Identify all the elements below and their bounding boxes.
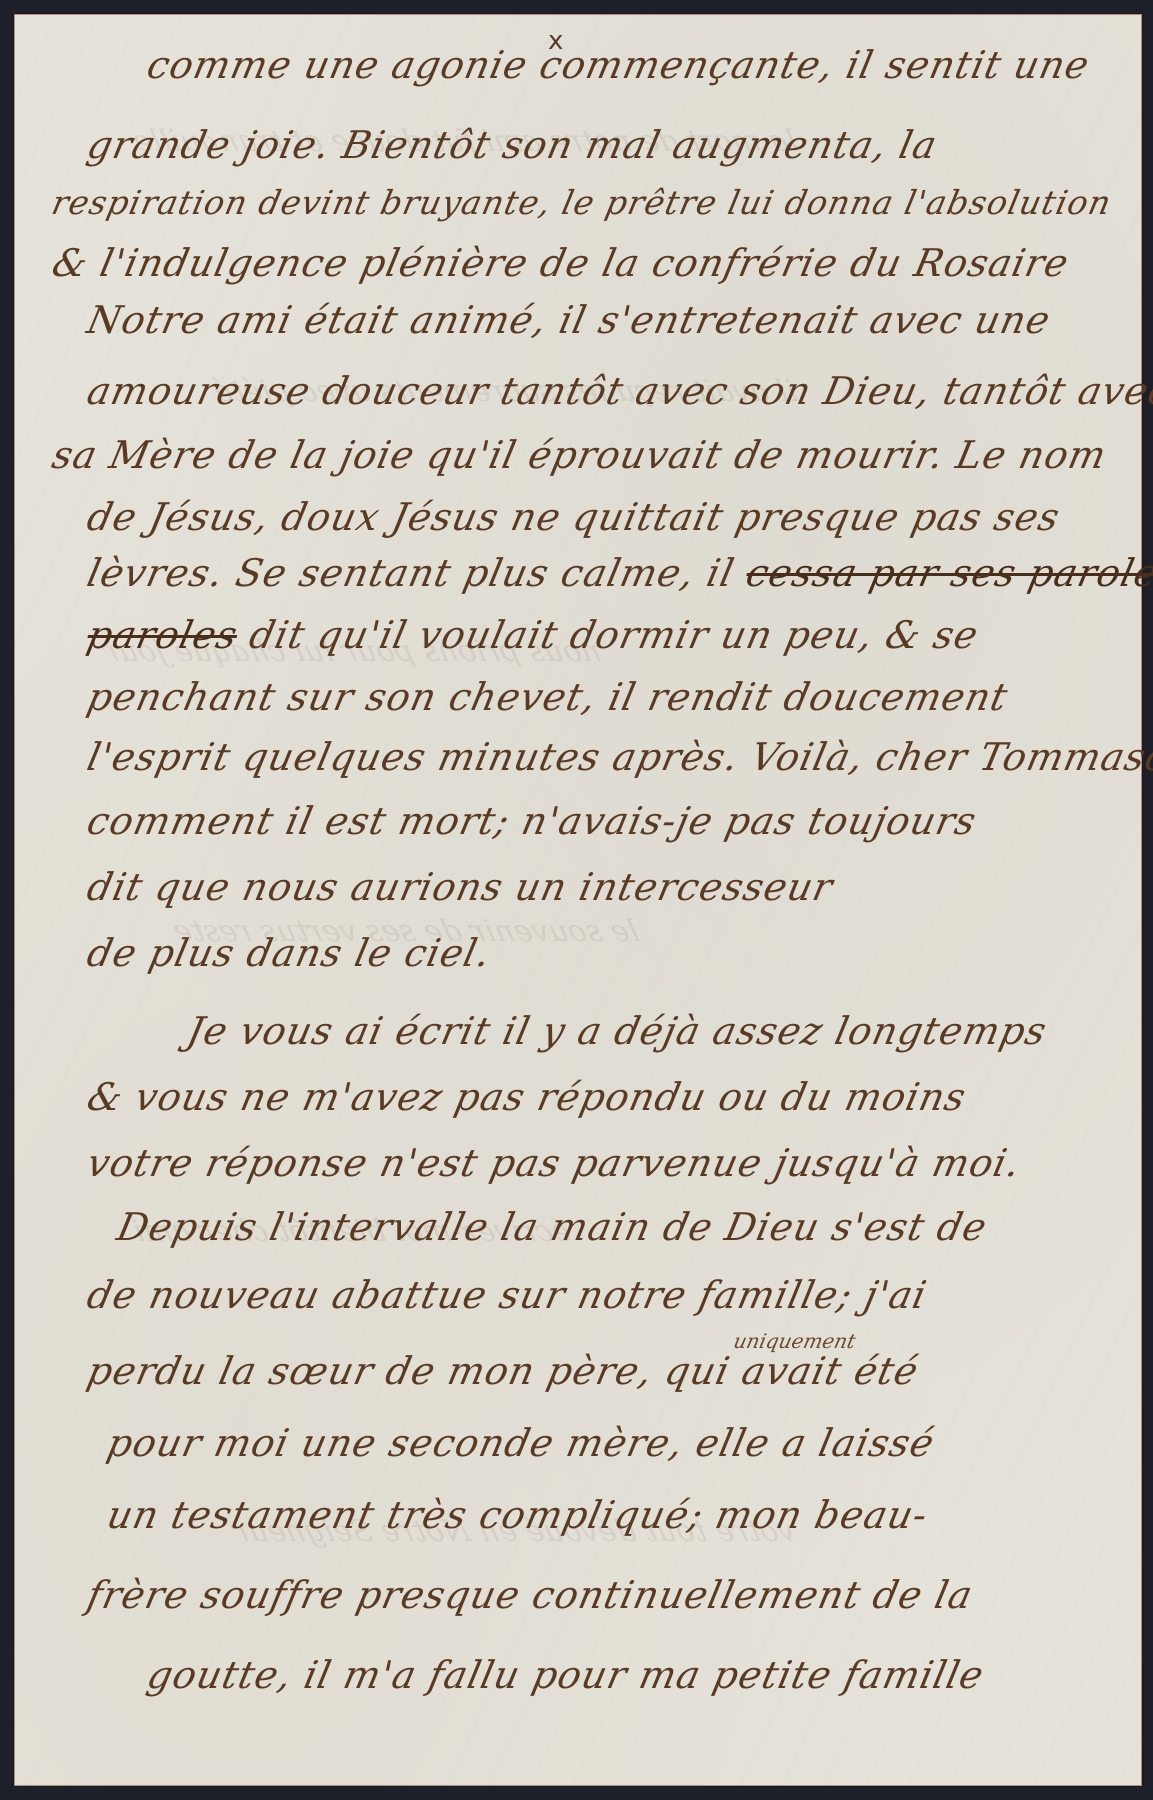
text-line: dit que nous aurions un intercesseur (84, 868, 837, 906)
struck-text: paroles (83, 613, 242, 657)
text-line: Notre ami était animé, il s'entretenait … (84, 301, 1054, 339)
text-line: lèvres. Se sentant plus calme, il cessa … (84, 554, 1153, 592)
text-line: Je vous ai écrit il y a déjà assez longt… (184, 1012, 1050, 1050)
text-line: penchant sur son chevet, il rendit douce… (84, 678, 1011, 716)
line-text: grande joie. Bientôt son mal augmenta, l… (83, 123, 941, 167)
line-text: votre réponse n'est pas parvenue jusqu'à… (83, 1141, 1024, 1185)
line-text: pour moi une seconde mère, elle a laissé (103, 1421, 938, 1465)
line-text: l'esprit quelques minutes après. Voilà, … (83, 735, 1153, 779)
text-line: de plus dans le ciel. (84, 934, 494, 972)
text-line: & l'indulgence plénière de la confrérie … (49, 244, 1072, 282)
line-text: goutte, il m'a fallu pour ma petite fami… (143, 1653, 988, 1697)
text-line: votre réponse n'est pas parvenue jusqu'à… (84, 1144, 1024, 1182)
line-text: dit que nous aurions un intercesseur (83, 865, 837, 909)
text-line: respiration devint bruyante, le prêtre l… (49, 186, 1115, 219)
line-text: perdu la sœur de mon père, qui avait été (83, 1349, 922, 1393)
text-line: sa Mère de la joie qu'il éprouvait de mo… (49, 436, 1110, 474)
letter-page: la mort de notre ami fut douce et tranqu… (14, 14, 1142, 1786)
text-line: goutte, il m'a fallu pour ma petite fami… (144, 1656, 988, 1694)
line-text: un testament très compliqué; mon beau- (103, 1493, 932, 1537)
line-text: & vous ne m'avez pas répondu ou du moins (83, 1075, 970, 1119)
line-text: lèvres. Se sentant plus calme, il (83, 551, 738, 595)
line-text: Depuis l'intervalle la main de Dieu s'es… (113, 1205, 991, 1249)
line-text: penchant sur son chevet, il rendit douce… (83, 675, 1012, 719)
line-text: respiration devint bruyante, le prêtre l… (48, 183, 1115, 222)
text-line: de Jésus, doux Jésus ne quittait presque… (84, 498, 1063, 536)
text-line: comme une agonie commençante, il sentit … (144, 46, 1093, 84)
text-line: Depuis l'intervalle la main de Dieu s'es… (114, 1208, 991, 1246)
text-line: perdu la sœur de mon père, qui avait été (84, 1352, 922, 1390)
line-text: dit qu'il voulait dormir un peu, & se (246, 613, 983, 657)
line-text: de nouveau abattue sur notre famille; j'… (83, 1273, 931, 1317)
text-line: comment il est mort; n'avais-je pas touj… (84, 802, 980, 840)
line-text: comment il est mort; n'avais-je pas touj… (83, 799, 980, 843)
line-text: comme une agonie commençante, il sentit … (143, 43, 1093, 87)
line-text: Je vous ai écrit il y a déjà assez longt… (183, 1009, 1051, 1053)
line-text: Notre ami était animé, il s'entretenait … (83, 298, 1054, 342)
line-text: sa Mère de la joie qu'il éprouvait de mo… (48, 433, 1110, 477)
text-line: un testament très compliqué; mon beau- (104, 1496, 931, 1534)
line-text: frère souffre presque continuellement de… (83, 1573, 977, 1617)
text-line: frère souffre presque continuellement de… (84, 1576, 976, 1614)
text-line: grande joie. Bientôt son mal augmenta, l… (84, 126, 941, 164)
line-text: de plus dans le ciel. (83, 931, 495, 975)
text-line: & vous ne m'avez pas répondu ou du moins (84, 1078, 970, 1116)
text-line: amoureuse douceur tantôt avec son Dieu, … (84, 372, 1153, 410)
line-text: de Jésus, doux Jésus ne quittait presque… (83, 495, 1064, 539)
text-line: paroles dit qu'il voulait dormir un peu,… (84, 616, 982, 654)
line-text: amoureuse douceur tantôt avec son Dieu, … (83, 369, 1153, 413)
struck-text: cessa par ses paroles (742, 551, 1153, 595)
line-text: & l'indulgence plénière de la confrérie … (48, 241, 1073, 285)
interlinear-insertion: uniquement (731, 1329, 858, 1353)
text-line: pour moi une seconde mère, elle a laissé (104, 1424, 938, 1462)
text-line: l'esprit quelques minutes après. Voilà, … (84, 738, 1153, 776)
text-line: de nouveau abattue sur notre famille; j'… (84, 1276, 930, 1314)
